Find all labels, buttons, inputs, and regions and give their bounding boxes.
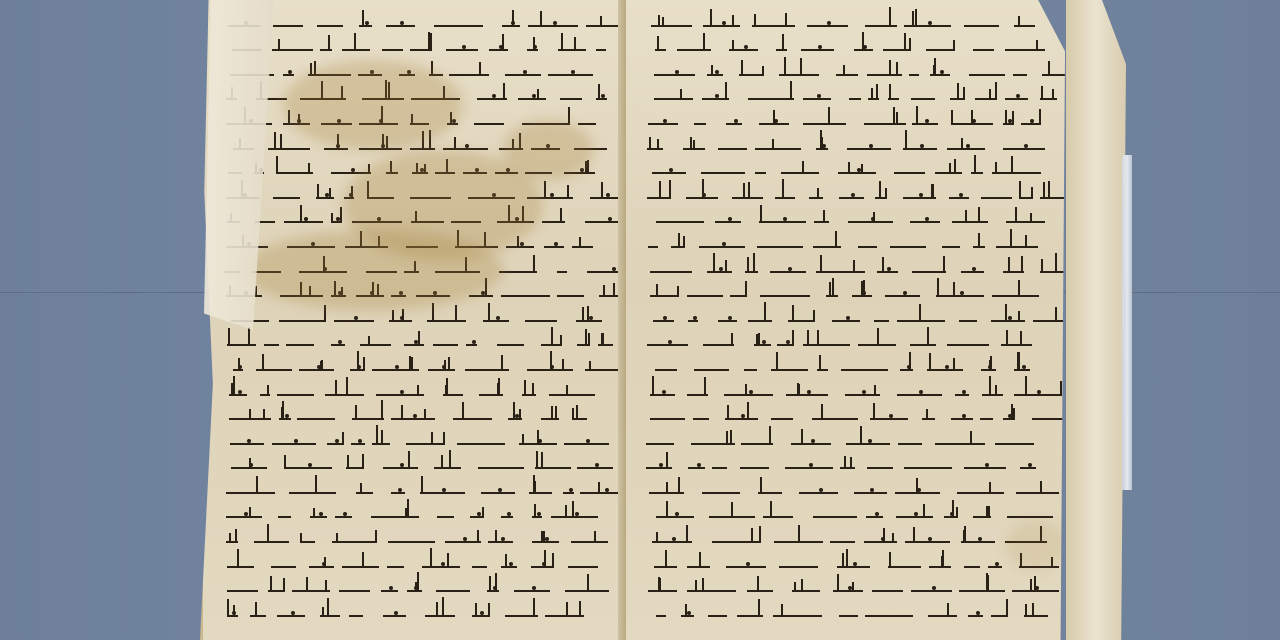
manuscript-line [203,424,629,449]
conservation-tape [1122,155,1132,490]
manuscript-line [626,400,1074,425]
manuscript-line [626,350,1074,375]
manuscript-line [626,473,1074,498]
manuscript-line [626,572,1074,597]
manuscript-line [626,449,1074,474]
manuscript-line [203,596,629,621]
manuscript-line [203,547,629,572]
manuscript-line [626,424,1074,449]
manuscript-line [203,522,629,547]
right-page [626,0,1074,640]
manuscript-line [203,449,629,474]
page-edge-right [1066,0,1126,640]
manuscript-line [626,375,1074,400]
manuscript-line [626,31,1074,56]
manuscript [186,0,1130,640]
manuscript-line [626,203,1074,228]
manuscript-line [626,227,1074,252]
manuscript-line [626,326,1074,351]
manuscript-line [626,596,1074,621]
manuscript-line [203,375,629,400]
manuscript-line [626,277,1074,302]
manuscript-line [626,80,1074,105]
manuscript-line [626,104,1074,129]
manuscript-line [626,178,1074,203]
manuscript-line [203,350,629,375]
manuscript-line [626,252,1074,277]
manuscript-line [626,301,1074,326]
manuscript-line [203,326,629,351]
manuscript-line [626,129,1074,154]
manuscript-line [203,572,629,597]
manuscript-line [203,400,629,425]
manuscript-line [626,55,1074,80]
manuscript-line [626,154,1074,179]
manuscript-line [626,6,1074,31]
manuscript-line [626,498,1074,523]
right-page-text [626,6,1074,621]
manuscript-line [203,498,629,523]
manuscript-line [203,473,629,498]
